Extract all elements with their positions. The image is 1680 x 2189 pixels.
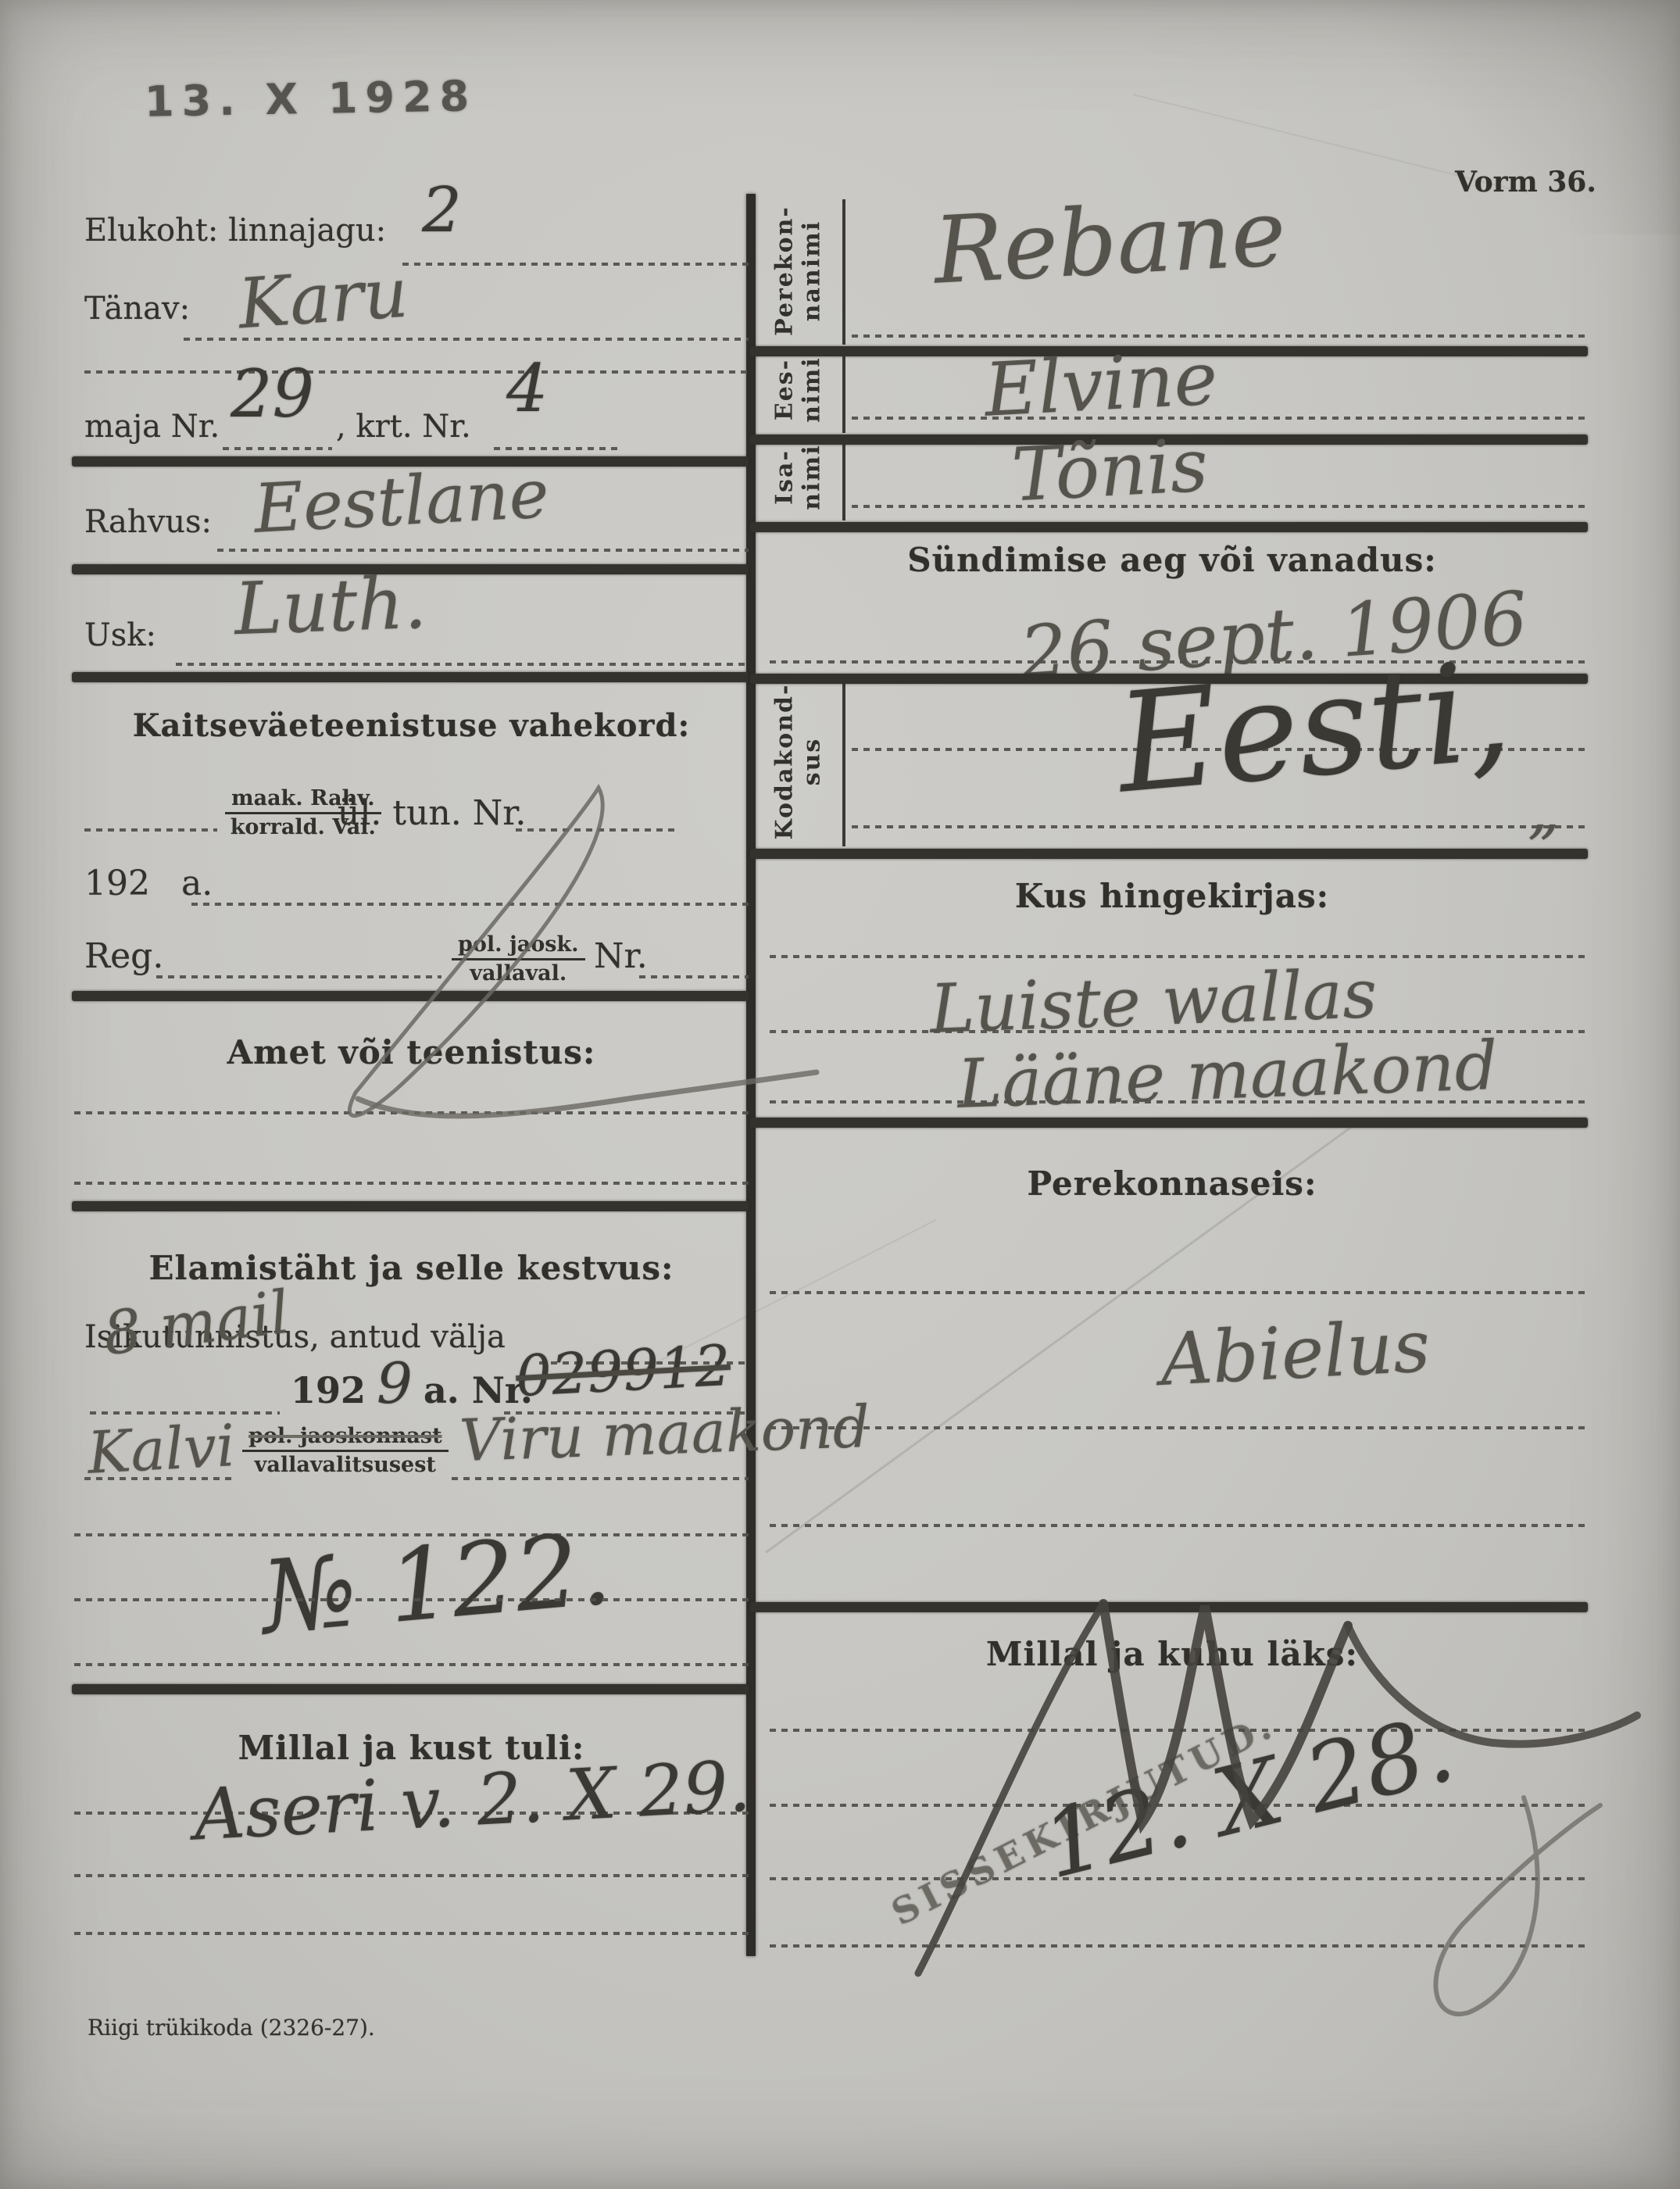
field-line <box>770 1877 1586 1880</box>
field-line <box>84 370 749 374</box>
struck-number-value: 029912 <box>514 1332 732 1409</box>
patronymic-label-line2: nimi <box>798 444 825 510</box>
fraction-bottom: vallaval. <box>452 960 585 985</box>
field-line <box>770 1524 1586 1527</box>
surname-label-line2: nanimi <box>798 220 825 322</box>
section-rule <box>72 991 749 1001</box>
citizenship-label-line2: sus <box>798 738 825 786</box>
section-rule <box>72 672 749 682</box>
religion-label: Usk: <box>84 617 156 653</box>
reg-label: Reg. <box>84 936 163 976</box>
label-divider <box>842 350 845 433</box>
field-line <box>176 663 749 666</box>
issue-year-print: 192 <box>291 1369 366 1411</box>
surname-label-line1: Perekon- <box>771 206 799 336</box>
marital-status-header: Perekonnaseis: <box>754 1164 1590 1203</box>
form-code: Vorm 36. <box>1455 166 1596 199</box>
issuer-county-value: Viru maakond <box>459 1393 871 1475</box>
military-service-header: Kaitseväeteenistuse vahekord: <box>74 707 749 744</box>
residence-permit-header: Elamistäht ja selle kestvus: <box>74 1249 749 1287</box>
field-line <box>639 975 749 978</box>
street-value: Karu <box>236 252 411 345</box>
nationality-label: Rahvus: <box>84 504 212 540</box>
parish-register-header: Kus hingekirjas: <box>754 877 1590 915</box>
section-rule <box>750 1602 1588 1612</box>
field-line <box>402 263 749 266</box>
label-divider <box>842 676 845 846</box>
section-rule <box>750 522 1588 532</box>
year-label: 192 a. <box>84 864 213 903</box>
field-line <box>74 1663 749 1666</box>
certificate-number-label: ül. tun. Nr. <box>338 793 526 833</box>
nr-label: Nr. <box>594 936 648 976</box>
field-line <box>494 447 619 450</box>
field-line <box>84 828 217 832</box>
field-line <box>852 417 1586 420</box>
field-line <box>74 1598 749 1601</box>
field-line <box>770 1729 1586 1732</box>
field-line <box>452 1477 749 1480</box>
field-line <box>74 1932 749 1935</box>
field-line <box>852 505 1586 508</box>
fraction-bottom: vallavalitsusest <box>242 1452 449 1476</box>
field-line <box>74 1111 749 1114</box>
section-rule <box>750 1118 1588 1128</box>
field-line <box>770 1291 1586 1294</box>
field-line <box>74 1874 749 1877</box>
surname-value: Rebane <box>931 178 1289 304</box>
field-line <box>852 825 1586 828</box>
registration-card: 13. X 1928 Vorm 36. Elukoht: linnajagu: … <box>0 0 1680 2189</box>
date-stamp: 13. X 1928 <box>144 71 477 126</box>
field-line <box>217 549 749 552</box>
departure-header: Millal ja kuhu läks: <box>754 1635 1590 1673</box>
citizenship-label-line1: Kodakond- <box>771 684 799 840</box>
field-line <box>770 955 1586 958</box>
section-rule <box>72 1684 749 1694</box>
religion-value: Luth. <box>233 561 427 652</box>
street-label: Tänav: <box>84 291 190 327</box>
printer-note: Riigi trükikoda (2326-27). <box>88 2015 375 2041</box>
field-line <box>852 334 1586 338</box>
field-line <box>516 828 680 832</box>
house-number-value: 29 <box>231 356 314 432</box>
apartment-number-value: 4 <box>506 350 548 427</box>
section-rule <box>750 849 1588 859</box>
patronymic-label-line1: Isa- <box>771 449 799 505</box>
nationality-value: Eestlane <box>252 455 551 549</box>
issue-year-value: 9 <box>377 1350 413 1416</box>
field-line <box>84 1477 233 1480</box>
occupation-header: Amet või teenistus: <box>74 1033 749 1071</box>
citizenship-label: Kodakond- sus <box>772 676 826 848</box>
marital-status-value: Abielus <box>1158 1304 1432 1402</box>
birthdate-header: Sündimise aeg või vanadus: <box>754 541 1590 579</box>
section-rule <box>72 1201 749 1211</box>
ditto-mark: „ <box>1528 774 1560 846</box>
label-divider <box>842 199 845 345</box>
signature-descender-stroke <box>1435 1797 1600 2014</box>
house-number-label: maja Nr. <box>84 409 220 445</box>
field-line <box>770 1426 1586 1429</box>
label-divider <box>842 438 845 520</box>
field-line <box>156 975 441 978</box>
fraction-top: pol. jaoskonnast <box>242 1425 449 1452</box>
issuer-office-fraction: pol. jaoskonnast vallavalitsusest <box>242 1425 449 1477</box>
field-line <box>223 447 332 450</box>
residence-district-value: 2 <box>422 173 462 246</box>
field-line <box>770 1944 1586 1948</box>
residence-district-label: Elukoht: linnajagu: <box>84 213 386 249</box>
issuer-place-value: Kalvi <box>86 1412 237 1487</box>
field-line <box>770 1100 1586 1103</box>
citizenship-value: Eesti, <box>1111 631 1517 824</box>
police-fraction: pol. jaosk. vallaval. <box>452 934 585 985</box>
apartment-number-label: , krt. Nr. <box>336 409 471 445</box>
field-line <box>191 903 749 906</box>
registration-number-value: № 122. <box>257 1511 615 1657</box>
field-line <box>74 1182 749 1185</box>
paper-fold <box>1274 0 1680 234</box>
fraction-top: pol. jaosk. <box>452 934 585 960</box>
